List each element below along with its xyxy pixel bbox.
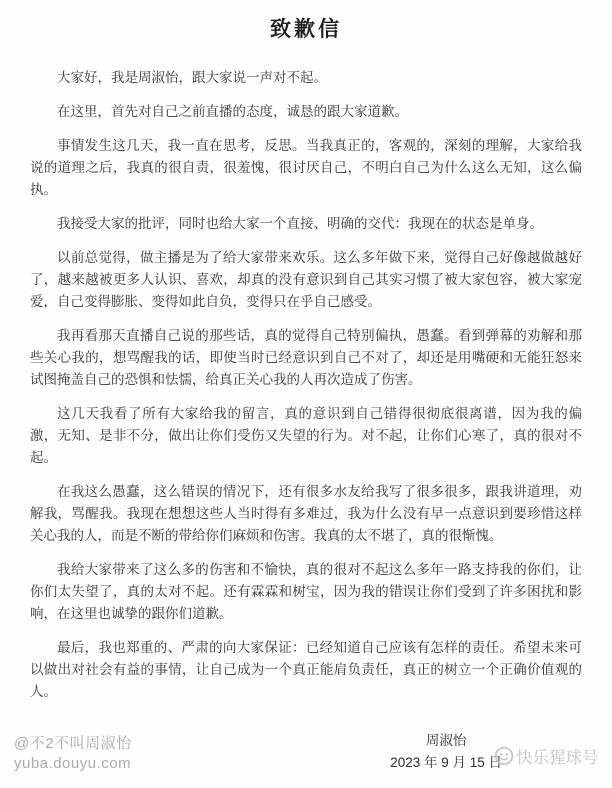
paragraph-career: 以前总觉得，做主播是为了给大家带来欢乐。这么多年做下来，觉得自己好像越做越好了，… [30,247,582,313]
paragraph-apology-intro: 在这里，首先对自己之前直播的态度，诚恳的跟大家道歉。 [30,101,582,123]
paragraph-promise: 最后，我也郑重的、严肃的向大家保证：已经知道自己应该有怎样的责任。希望未来可以做… [30,637,582,703]
signature-date: 2023 年 9 月 15 日 [390,752,502,774]
paragraph-reflection: 事情发生这几天，我一直在思考，反思。当我真正的，客观的，深刻的理解，大家给我说的… [30,135,582,201]
paragraph-supporters: 在我这么愚蠢，这么错误的情况下，还有很多水友给我写了很多很多，跟我讲道理，劝解我… [30,481,582,547]
paragraph-stream-words: 我再看那天直播自己说的那些话，真的觉得自己特别偏执，愚蠢。看到弹幕的劝解和那些关… [30,325,582,391]
happy-planet-logo-icon [494,746,514,766]
watermark-bottom-left: @不2不叫周淑怡 yuba.douyu.com [14,734,132,774]
letter-title: 致歉信 [0,0,612,43]
watermark-url-text: yuba.douyu.com [14,754,132,774]
letter-body: 大家好，我是周淑怡，跟大家说一声对不起。 在这里，首先对自己之前直播的态度，诚恳… [0,43,612,703]
watermark-handle-text: @不2不叫周淑怡 [14,734,132,754]
watermark-bottom-right: 快乐猩球号 [494,744,599,768]
signature-block: 周淑怡 2023 年 9 月 15 日 [390,730,502,774]
signature-name: 周淑怡 [390,730,502,752]
paragraph-harm: 我给大家带来了这么多的伤害和不愉快，真的很对不起这么多年一路支持我的你们，让你们… [30,559,582,625]
paragraph-greeting: 大家好，我是周淑怡，跟大家说一声对不起。 [30,67,582,89]
watermark-account-text: 快乐猩球号 [516,744,599,768]
apology-letter-page: 致歉信 大家好，我是周淑怡，跟大家说一声对不起。 在这里，首先对自己之前直播的态… [0,0,612,788]
paragraph-comments: 这几天我看了所有大家给我的留言，真的意识到自己错得很彻底很离谱，因为我的偏激，无… [30,403,582,469]
paragraph-status: 我接受大家的批评，同时也给大家一个直接、明确的交代：我现在的状态是单身。 [30,213,582,235]
